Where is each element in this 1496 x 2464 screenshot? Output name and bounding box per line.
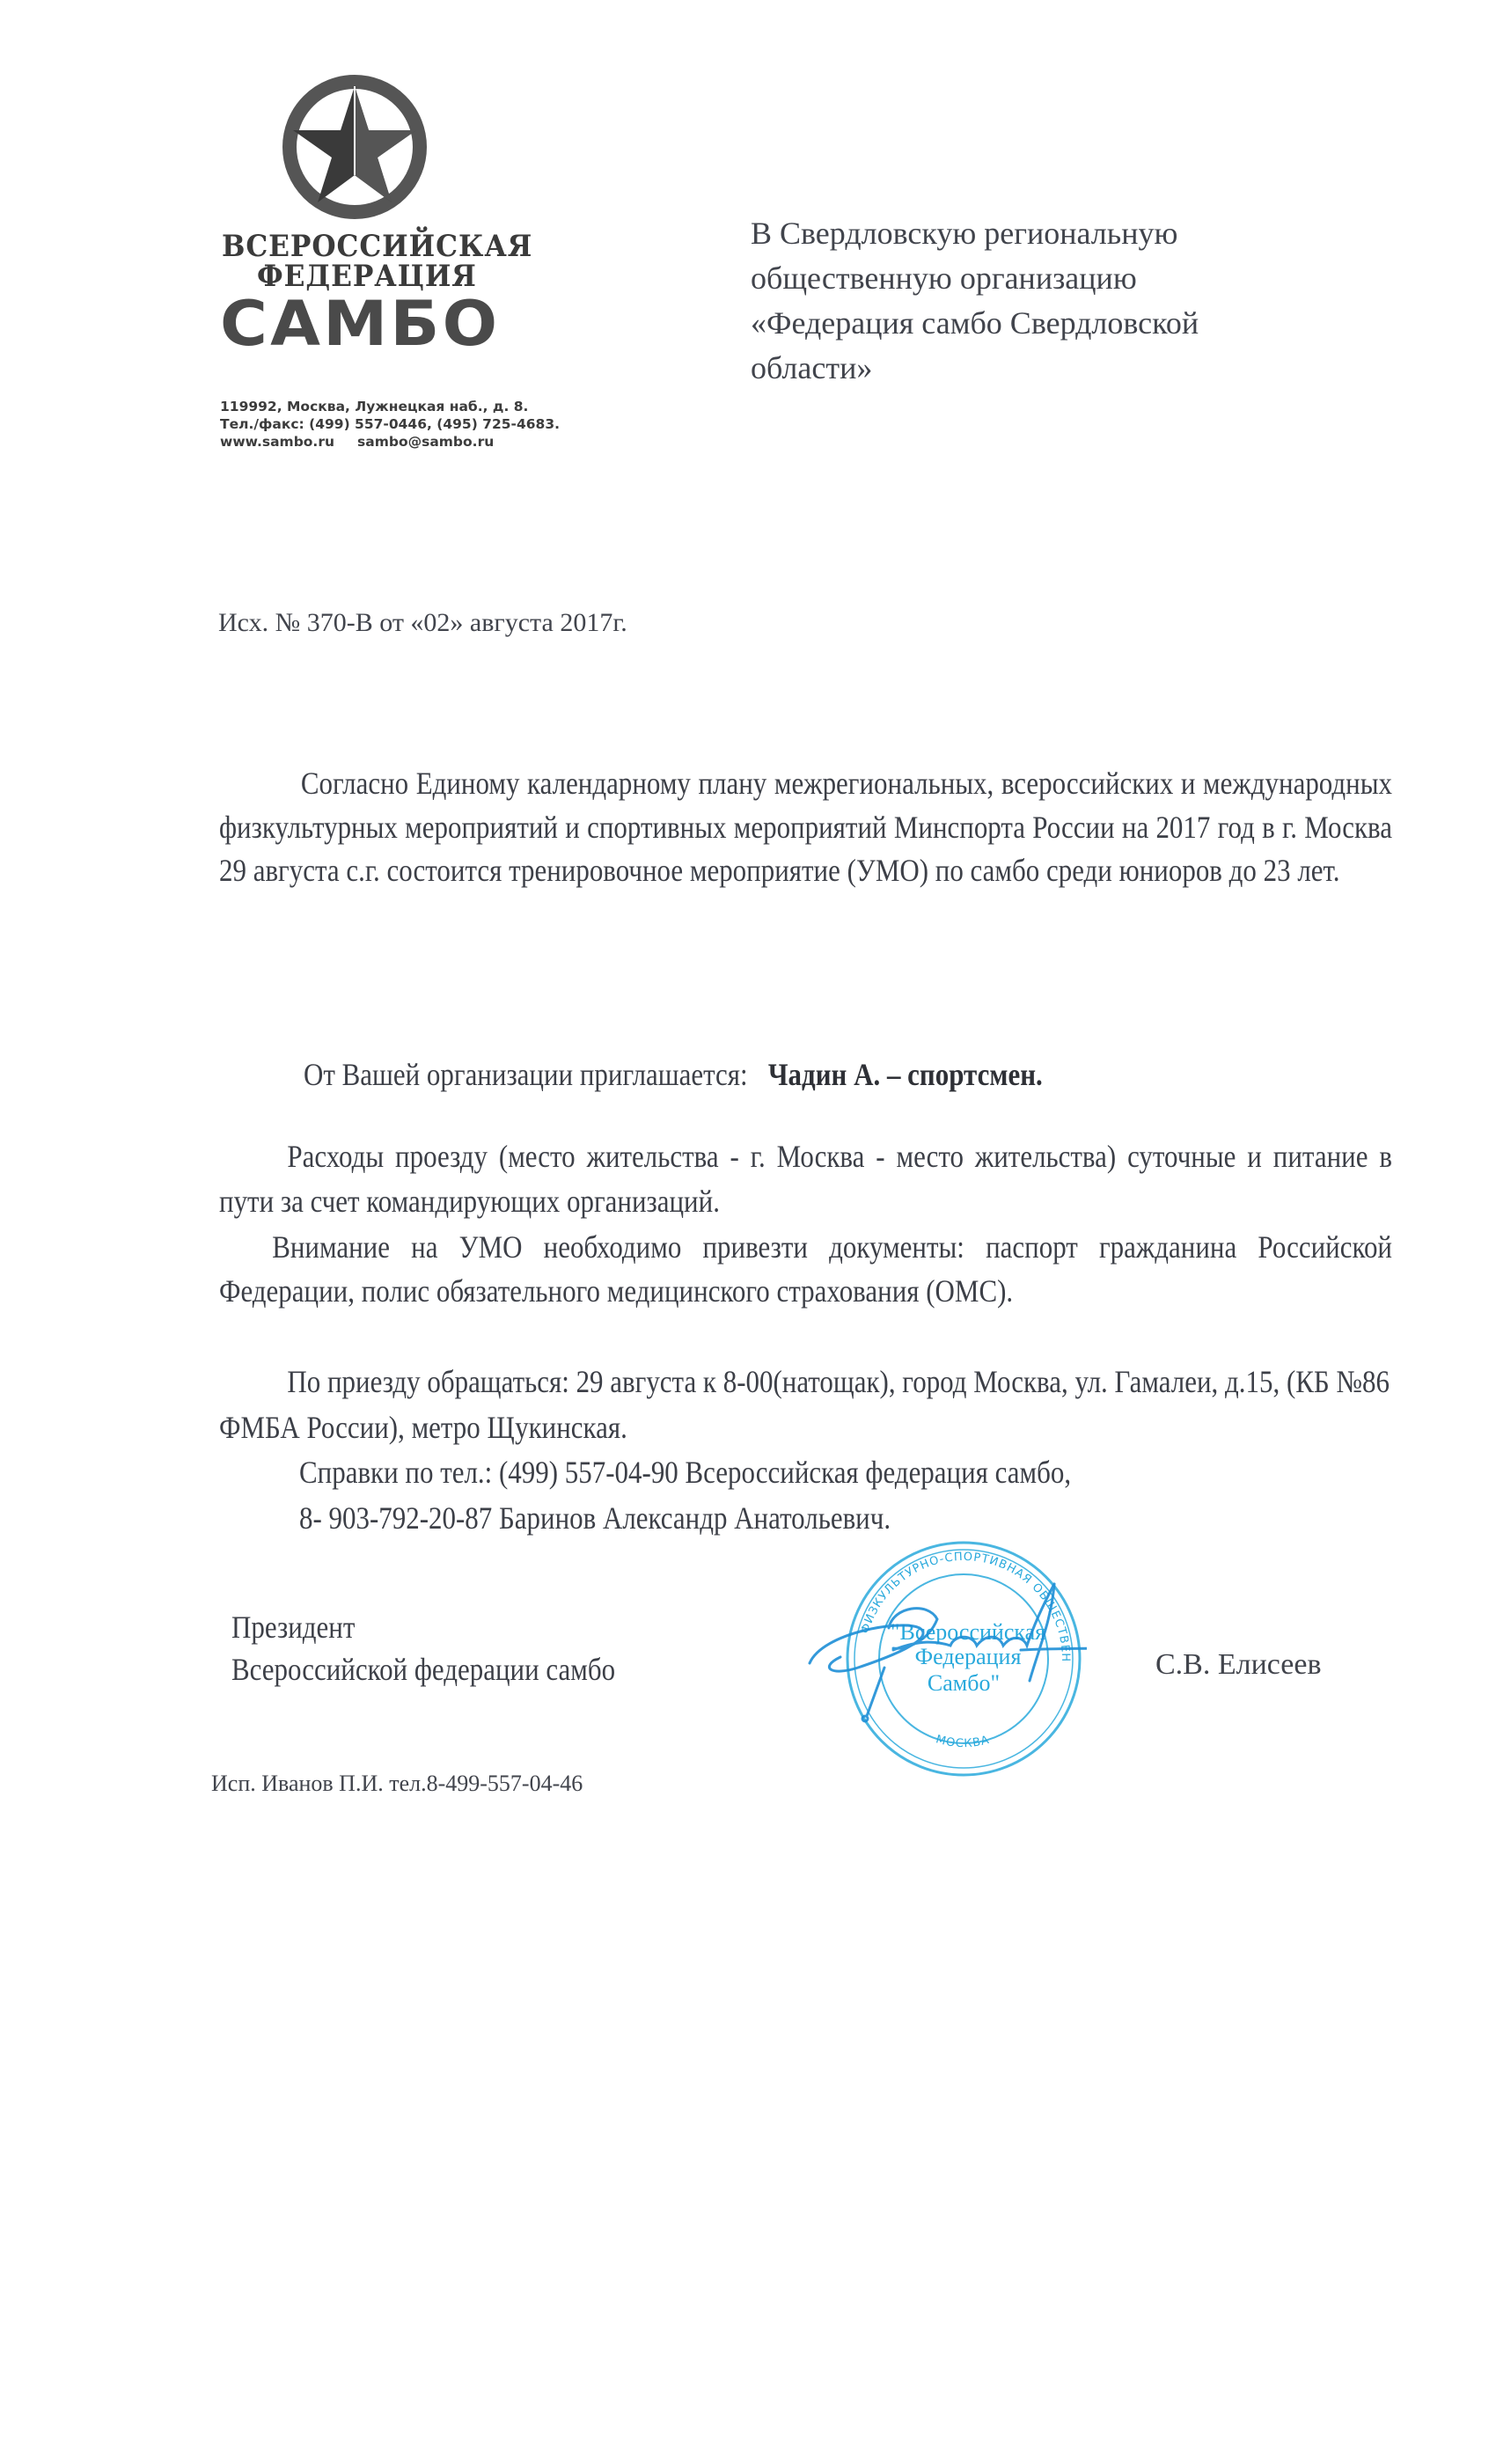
letterhead-contacts: 119992, Москва, Лужнецкая наб., д. 8. Те… [220,398,560,451]
org-name-line1: ВСЕРОССИЙСКАЯ [222,231,532,262]
invite-label: От Вашей организации приглашается: [304,1057,748,1092]
signatory-name: С.В. Елисеев [1155,1647,1322,1683]
letterhead-web: www.sambo.rusambo@sambo.ru [220,433,560,451]
addressee-line: «Федерация самбо Свердловской [751,301,1199,346]
letterhead-address: 119992, Москва, Лужнецкая наб., д. 8. [220,398,560,415]
email-link[interactable]: sambo@sambo.ru [357,434,494,450]
addressee-line: общественную организацию [751,256,1199,301]
executor-contact: Исп. Иванов П.И. тел.8-499-557-04-46 [211,1771,583,1797]
org-name-sambo: САМБО [220,290,500,357]
svg-text:Федерация: Федерация [915,1644,1022,1669]
addressee-block: В Свердловскую региональную общественную… [751,211,1199,391]
website-link[interactable]: www.sambo.ru [220,434,334,450]
addressee-line: области» [751,346,1199,391]
inquiries-line: 8- 903-792-20-87 Баринов Александр Анато… [299,1495,1071,1541]
outgoing-reference: Исх. № 370-В от «02» августа 2017г. [218,607,627,639]
signatory-title-line1: Президент [231,1606,615,1648]
paragraph-expenses: Расходы проезду (место жительства - г. М… [219,1134,1392,1224]
signatory-title-line2: Всероссийской федерации самбо [231,1648,615,1690]
inquiries-block: Справки по тел.: (499) 557-04-90 Всеросс… [299,1449,1071,1541]
invitee-name: Чадин А. – спортсмен. [768,1057,1043,1092]
addressee-line: В Свердловскую региональную [751,211,1199,256]
official-stamp-icon: ФИЗКУЛЬТУРНО-СПОРТИВНАЯ ОБЩЕСТВЕННАЯ ОРГ… [805,1536,1087,1791]
invitation-line: От Вашей организации приглашается: Чадин… [304,1053,1043,1096]
signatory-title: Президент Всероссийской федерации самбо [231,1606,615,1690]
paragraph-documents: Внимание на УМО необходимо привезти доку… [219,1225,1392,1313]
paragraph-arrival: По приезду обращаться: 29 августа к 8-00… [219,1359,1392,1450]
svg-text:МОСКВА: МОСКВА [935,1733,992,1750]
paragraph-event-announcement: Согласно Единому календарному плану межр… [219,762,1392,893]
star-emblem-icon [280,72,429,222]
letterhead-phones: Тел./факс: (499) 557-0446, (495) 725-468… [220,415,560,433]
inquiries-line: Справки по тел.: (499) 557-04-90 Всеросс… [299,1449,1071,1495]
svg-text:Самбо": Самбо" [928,1670,1000,1696]
